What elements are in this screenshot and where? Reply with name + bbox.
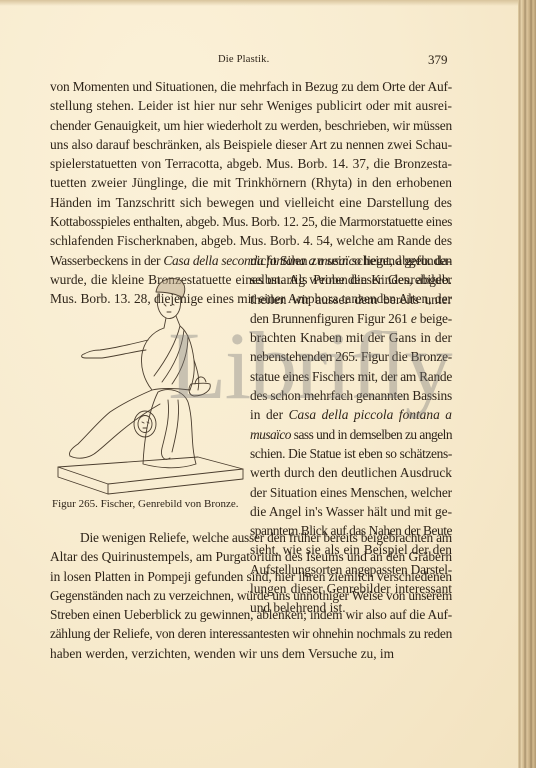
text-line: den Brunnenfiguren Figur 261 e beige-: [250, 309, 452, 328]
text-line: der Situation eines Menschen, welcher: [250, 483, 452, 502]
text-line: theilen wir ausser dem bereits unter: [250, 290, 452, 309]
text-line: stellung stehen. Leider ist hier nur seh…: [50, 96, 452, 115]
figure-caption: Figur 265. Fischer, Genrebild von Bronze…: [52, 498, 239, 510]
figure-fisherman-illustration: [48, 272, 248, 497]
text-line: Händen im Tanzschritt sich bewegen und v…: [50, 193, 452, 212]
italic-place-name: musaïco: [250, 427, 291, 442]
text-segment: beige-: [417, 311, 452, 326]
text-line: selbst. Als Probe dieser Genrebilder: [250, 270, 452, 289]
text-line: Die wenigen Reliefe, welche ausser den f…: [50, 528, 452, 547]
text-line: von Momenten und Situationen, die mehrfa…: [50, 77, 452, 96]
text-line: haben werden, verzichten, wenden wir uns…: [50, 644, 452, 663]
text-line: schien. Die Statue ist eben so schätzens…: [250, 444, 452, 463]
running-head-title: Die Plastik.: [218, 54, 269, 65]
text-line: des schon mehrfach genannten Bassins: [250, 386, 452, 405]
text-line: brachten Knaben mit der Gans in der: [250, 328, 452, 347]
text-line: Kottabosspieles enthalten, abgeb. Mus. B…: [50, 212, 452, 231]
text-segment: den Brunnenfiguren Figur 261: [250, 311, 411, 326]
page-number: 379: [428, 52, 448, 68]
text-line: nebenstehenden 265. Figur die Bronze-: [250, 347, 452, 366]
text-line: in losen Platten in Pompeji gefunden sin…: [50, 567, 452, 586]
paragraph-bottom: Die wenigen Reliefe, welche ausser den f…: [50, 528, 452, 663]
text-segment: Wasserbeckens in der: [50, 253, 163, 268]
text-line: zählung der Reliefe, von deren interessa…: [50, 624, 452, 643]
text-line: musaïco sass und in demselben zu angeln: [250, 425, 452, 444]
text-line: spielerstatuetten von Terracotta, abgeb.…: [50, 154, 452, 173]
page-stack-edge: [518, 0, 536, 768]
text-line: tuetten zweier Jünglinge, die mit Trinkh…: [50, 173, 452, 192]
text-line: Altar des Quirinustempels, am Purgatoriu…: [50, 547, 452, 566]
text-line: statue eines Fischers mit, der am Rande: [250, 367, 452, 386]
text-line: Streben einen Ueberblick zu gewinnen, ab…: [50, 605, 452, 624]
text-line: uns also darauf beschränken, als Beispie…: [50, 135, 452, 154]
text-segment: in der: [250, 407, 289, 422]
page-top-shadow: [0, 0, 536, 6]
italic-place-name: Casa della piccola fontana a: [289, 407, 452, 422]
running-head: Die Plastik. 379: [50, 52, 450, 68]
text-line: schlafenden Fischerknaben, abgeb. Mus. B…: [50, 231, 452, 250]
text-line: in der Casa della piccola fontana a: [250, 405, 452, 424]
text-line: nicht Silen zu sein scheint, abgeb. da-: [250, 251, 452, 270]
book-page: Die Plastik. 379 von Momenten und Situat…: [0, 0, 536, 768]
statue-engraving-icon: [48, 272, 248, 497]
text-line: die Angel in's Wasser hält und mit ge-: [250, 502, 452, 521]
text-segment: sass und in demselben zu angeln: [291, 427, 452, 442]
text-line: werth durch den deutlichen Ausdruck: [250, 463, 452, 482]
text-line: chender Genauigkeit, um hier wiederholt …: [50, 116, 452, 135]
text-line: Gegenständen nach zu verzeichnen, würde …: [50, 586, 452, 605]
